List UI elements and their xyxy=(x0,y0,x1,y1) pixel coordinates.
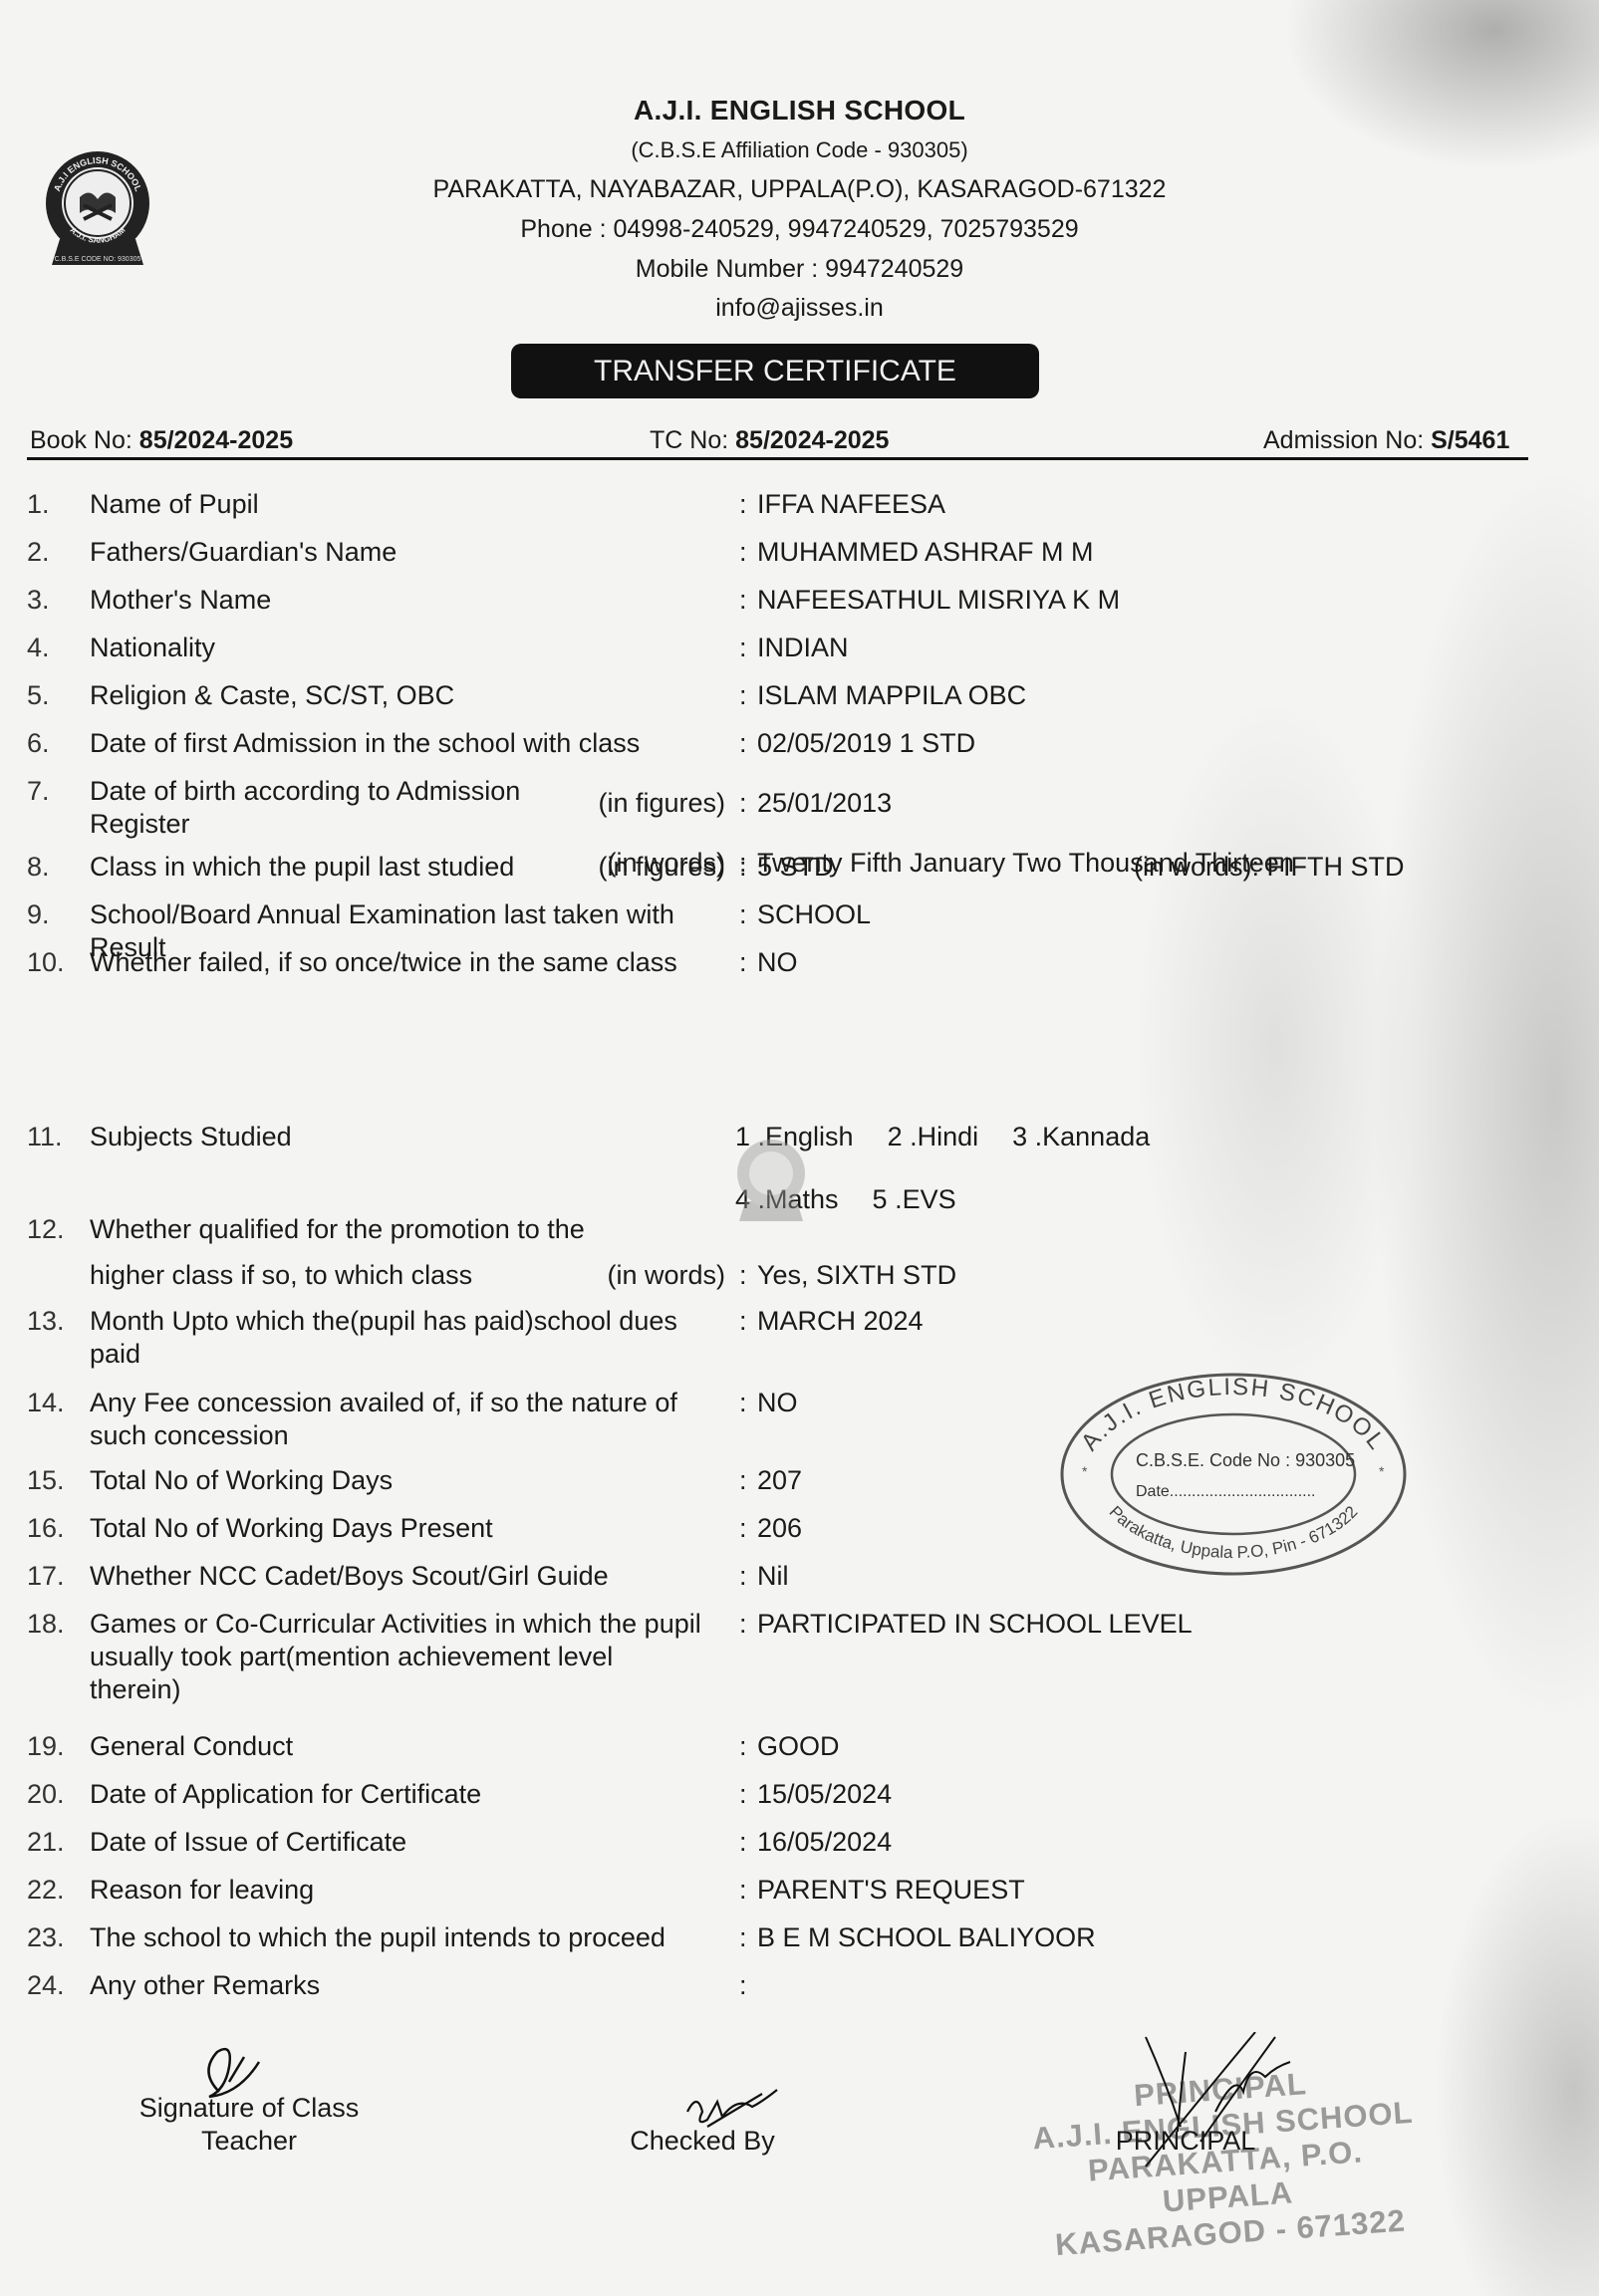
field-value: GOOD xyxy=(757,1730,840,1763)
field-label: Fathers/Guardian's Name xyxy=(90,536,677,569)
field-value: NO xyxy=(757,1387,798,1419)
field-number: 1. xyxy=(27,488,77,521)
field-colon: : xyxy=(739,1730,747,1763)
field-label: Games or Co-Curricular Activities in whi… xyxy=(90,1608,707,1706)
header-divider xyxy=(27,457,1528,460)
field-label: Reason for leaving xyxy=(90,1874,677,1907)
field-value: IFFA NAFEESA xyxy=(757,488,945,521)
document-title: TRANSFER CERTIFICATE xyxy=(511,344,1039,398)
field-colon: : xyxy=(739,851,747,884)
field-label: Date of Issue of Certificate xyxy=(90,1826,677,1859)
field-label: Date of Application for Certificate xyxy=(90,1778,677,1811)
field-value: 206 xyxy=(757,1512,802,1545)
field-colon: : xyxy=(739,727,747,760)
field-number: 7. xyxy=(27,775,77,808)
school-seal-stamp: A.J.I. ENGLISH SCHOOL Parakatta, Uppala … xyxy=(1054,1365,1413,1584)
field-value: 16/05/2024 xyxy=(757,1826,892,1859)
mobile-number: 9947240529 xyxy=(825,255,963,283)
field-label: Whether failed, if so once/twice in the … xyxy=(90,946,707,979)
checked-by-label: Checked By xyxy=(598,2125,807,2158)
mobile-label: Mobile Number : xyxy=(636,255,818,283)
field-sub-label: (in words) xyxy=(598,1259,725,1292)
field-label: Whether qualified for the promotion to t… xyxy=(90,1213,677,1246)
field-value: PARTICIPATED IN SCHOOL LEVEL xyxy=(757,1608,1193,1641)
field-label: Any other Remarks xyxy=(90,1969,677,2002)
field-number: 14. xyxy=(27,1387,77,1419)
field-colon: : xyxy=(739,1464,747,1497)
field-number: 23. xyxy=(27,1921,77,1954)
field-number: 11. xyxy=(27,1121,77,1153)
field-number: 21. xyxy=(27,1826,77,1859)
field-label: Date of first Admission in the school wi… xyxy=(90,727,677,760)
tc-label: TC No: xyxy=(650,426,728,454)
affiliation-code: (C.B.S.E Affiliation Code - 930305) xyxy=(0,135,1599,165)
field-number: 15. xyxy=(27,1464,77,1497)
book-value: 85/2024-2025 xyxy=(139,426,293,454)
field-number: 17. xyxy=(27,1560,77,1593)
admission-value: S/5461 xyxy=(1431,426,1509,454)
field-colon: : xyxy=(739,679,747,712)
subject-item: 3 .Kannada xyxy=(1012,1122,1150,1151)
field-value: 25/01/2013 xyxy=(757,787,892,820)
field-number: 4. xyxy=(27,632,77,664)
class-teacher-signature-label: Signature of Class Teacher xyxy=(120,2092,379,2158)
field-value: MUHAMMED ASHRAF M M xyxy=(757,536,1094,569)
field-value: NAFEESATHUL MISRIYA K M xyxy=(757,584,1120,617)
field-value-in-words: (in words): FIFTH STD xyxy=(1134,851,1405,884)
field-value: NO xyxy=(757,946,798,979)
svg-text:C.B.S.E. Code No : 930305: C.B.S.E. Code No : 930305 xyxy=(1136,1450,1355,1470)
field-colon: : xyxy=(739,1305,747,1338)
field-value: 02/05/2019 1 STD xyxy=(757,727,975,760)
field-colon: : xyxy=(739,1921,747,1954)
field-value: MARCH 2024 xyxy=(757,1305,924,1338)
field-label: Class in which the pupil last studied xyxy=(90,851,568,884)
field-label: Date of birth according to Admission Reg… xyxy=(90,775,568,841)
book-number: Book No: 85/2024-2025 xyxy=(30,425,293,455)
field-number: 18. xyxy=(27,1608,77,1641)
field-colon: : xyxy=(739,1259,747,1292)
field-value: SCHOOL xyxy=(757,898,871,931)
field-colon: : xyxy=(739,898,747,931)
field-number: 6. xyxy=(27,727,77,760)
field-colon: : xyxy=(739,787,747,820)
field-label: Whether NCC Cadet/Boys Scout/Girl Guide xyxy=(90,1560,677,1593)
field-number: 24. xyxy=(27,1969,77,2002)
field-colon: : xyxy=(739,536,747,569)
field-colon: : xyxy=(739,632,747,664)
field-colon: : xyxy=(739,1512,747,1545)
tc-value: 85/2024-2025 xyxy=(735,426,889,454)
field-colon: : xyxy=(739,1874,747,1907)
admission-number: Admission No: S/5461 xyxy=(1263,425,1509,455)
field-label: Name of Pupil xyxy=(90,488,677,521)
admission-label: Admission No: xyxy=(1263,426,1424,454)
field-sub-label: (in figures) xyxy=(598,787,725,820)
field-sub-label: (in figures) xyxy=(598,851,725,884)
field-number: 9. xyxy=(27,898,77,931)
field-colon: : xyxy=(739,946,747,979)
field-value: Yes, SIXTH STD xyxy=(757,1259,956,1292)
field-number: 16. xyxy=(27,1512,77,1545)
school-name: A.J.I. ENGLISH SCHOOL xyxy=(0,95,1599,127)
field-label: General Conduct xyxy=(90,1730,677,1763)
field-number: 20. xyxy=(27,1778,77,1811)
field-value: ISLAM MAPPILA OBC xyxy=(757,679,1026,712)
svg-text:Date..........................: Date................................. xyxy=(1136,1483,1316,1500)
field-label: Total No of Working Days xyxy=(90,1464,677,1497)
field-number: 13. xyxy=(27,1305,77,1338)
book-label: Book No: xyxy=(30,426,133,454)
field-label-continued: higher class if so, to which class xyxy=(90,1259,677,1292)
field-colon: : xyxy=(739,1826,747,1859)
field-label: Subjects Studied xyxy=(90,1121,677,1153)
field-number: 5. xyxy=(27,679,77,712)
school-address: PARAKATTA, NAYABAZAR, UPPALA(P.O), KASAR… xyxy=(0,174,1599,204)
phone-numbers: 04998-240529, 9947240529, 7025793529 xyxy=(614,215,1079,243)
svg-text:Parakatta, Uppala P.O, Pin - 6: Parakatta, Uppala P.O, Pin - 671322 xyxy=(1106,1502,1362,1562)
field-number: 8. xyxy=(27,851,77,884)
mobile-line: Mobile Number : 9947240529 xyxy=(0,254,1599,284)
svg-text:*: * xyxy=(1379,1463,1385,1479)
field-label: Nationality xyxy=(90,632,677,664)
field-number: 2. xyxy=(27,536,77,569)
field-colon: : xyxy=(739,488,747,521)
field-value: INDIAN xyxy=(757,632,849,664)
field-number: 19. xyxy=(27,1730,77,1763)
field-value: PARENT'S REQUEST xyxy=(757,1874,1025,1907)
field-value: Nil xyxy=(757,1560,789,1593)
field-value: 207 xyxy=(757,1464,802,1497)
field-label: The school to which the pupil intends to… xyxy=(90,1921,677,1954)
field-label: Mother's Name xyxy=(90,584,677,617)
field-value: B E M SCHOOL BALIYOOR xyxy=(757,1921,1096,1954)
field-label: Total No of Working Days Present xyxy=(90,1512,677,1545)
field-colon: : xyxy=(739,1560,747,1593)
field-label: Religion & Caste, SC/ST, OBC xyxy=(90,679,677,712)
field-colon: : xyxy=(739,1778,747,1811)
field-value: 15/05/2024 xyxy=(757,1778,892,1811)
field-number: 10. xyxy=(27,946,77,979)
field-value: 5 STD xyxy=(757,851,834,884)
field-colon: : xyxy=(739,584,747,617)
subject-item: 2 .Hindi xyxy=(888,1122,979,1151)
watermark-logo-icon xyxy=(733,1136,809,1225)
field-colon: : xyxy=(739,1608,747,1641)
field-label: Month Upto which the(pupil has paid)scho… xyxy=(90,1305,707,1371)
field-number: 12. xyxy=(27,1213,77,1246)
phone-line: Phone : 04998-240529, 9947240529, 702579… xyxy=(0,214,1599,244)
field-colon: : xyxy=(739,1387,747,1419)
svg-text:*: * xyxy=(1082,1463,1088,1479)
subject-item: 5 .EVS xyxy=(873,1184,956,1214)
tc-number: TC No: 85/2024-2025 xyxy=(650,425,889,455)
principal-label: PRINCIPAL xyxy=(1096,2125,1275,2158)
school-email: info@ajisses.in xyxy=(0,293,1599,323)
field-label: Any Fee concession availed of, if so the… xyxy=(90,1387,707,1452)
phone-label: Phone : xyxy=(520,215,606,243)
field-number: 22. xyxy=(27,1874,77,1907)
field-colon: : xyxy=(739,1969,747,2002)
field-number: 3. xyxy=(27,584,77,617)
